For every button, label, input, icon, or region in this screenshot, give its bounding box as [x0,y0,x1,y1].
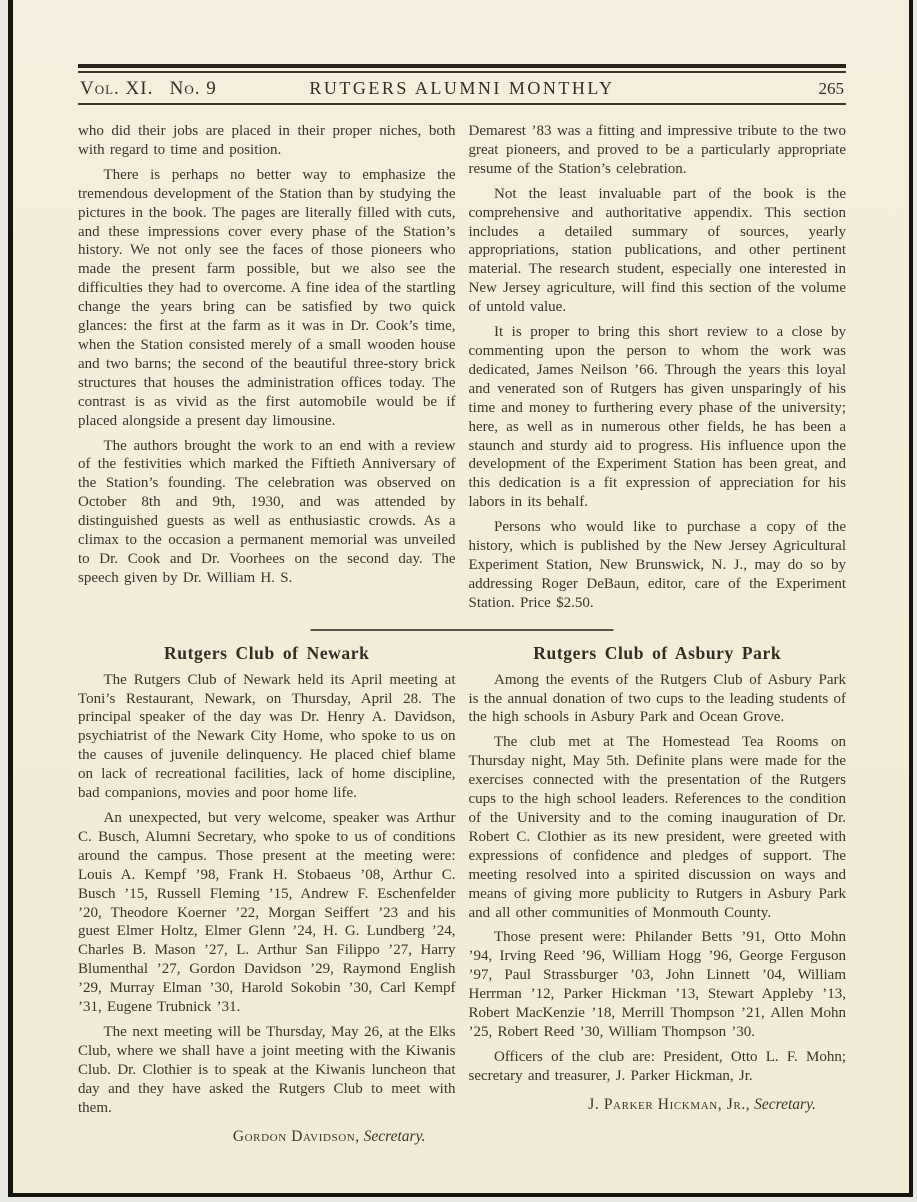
masthead-rule-thin-bottom [78,103,846,105]
publication-title: RUTGERS ALUMNI MONTHLY [309,78,614,99]
article-paragraph: The authors brought the work to an end w… [78,437,456,588]
scan-edge-bottom [8,1193,913,1197]
asbury-paragraph: Those present were: Philander Betts ’91,… [469,928,847,1041]
newark-paragraph: The Rutgers Club of Newark held its Apri… [78,671,456,803]
newark-club-section: Rutgers Club of Newark The Rutgers Club … [78,643,456,1146]
article-right-column: Demarest ’83 was a fitting and impressiv… [469,122,847,619]
scan-edge-right [909,0,913,1194]
page-number: 265 [615,79,844,99]
club-sections: Rutgers Club of Newark The Rutgers Club … [78,643,846,1146]
section-divider-area [78,619,846,643]
asbury-paragraph: Among the events of the Rutgers Club of … [469,671,847,728]
signature-role: Secretary. [754,1096,816,1113]
section-divider-rule [311,629,614,631]
article-paragraph: Not the least invaluable part of the boo… [469,185,847,317]
signature-name: J. Parker Hickman, Jr., [588,1096,750,1113]
asbury-paragraph: Officers of the club are: President, Ott… [469,1048,847,1086]
asbury-club-section: Rutgers Club of Asbury Park Among the ev… [469,643,847,1146]
article-continuation: who did their jobs are placed in their p… [78,122,846,619]
masthead: Vol. XI. No. 9 RUTGERS ALUMNI MONTHLY 26… [78,64,846,105]
newark-paragraph: An unexpected, but very welcome, speaker… [78,809,456,1017]
article-paragraph: who did their jobs are placed in their p… [78,122,456,160]
article-paragraph: Demarest ’83 was a fitting and impressiv… [469,122,847,179]
asbury-section-title: Rutgers Club of Asbury Park [469,643,847,664]
magazine-page: Vol. XI. No. 9 RUTGERS ALUMNI MONTHLY 26… [13,0,909,1193]
article-paragraph: Persons who would like to purchase a cop… [469,518,847,613]
newark-section-title: Rutgers Club of Newark [78,643,456,664]
asbury-paragraph: The club met at The Homestead Tea Rooms … [469,733,847,922]
article-left-column: who did their jobs are placed in their p… [78,122,456,619]
signature-name: Gordon Davidson, [233,1128,360,1145]
article-paragraph: There is perhaps no better way to emphas… [78,166,456,431]
masthead-rule-thick [78,64,846,68]
volume-issue-label: Vol. XI. No. 9 [80,78,309,100]
newark-signature: Gordon Davidson, Secretary. [78,1128,456,1146]
masthead-row: Vol. XI. No. 9 RUTGERS ALUMNI MONTHLY 26… [78,73,846,103]
signature-role: Secretary. [364,1128,426,1145]
article-paragraph: It is proper to bring this short review … [469,323,847,512]
asbury-signature: J. Parker Hickman, Jr., Secretary. [469,1096,847,1114]
newark-paragraph: The next meeting will be Thursday, May 2… [78,1023,456,1118]
